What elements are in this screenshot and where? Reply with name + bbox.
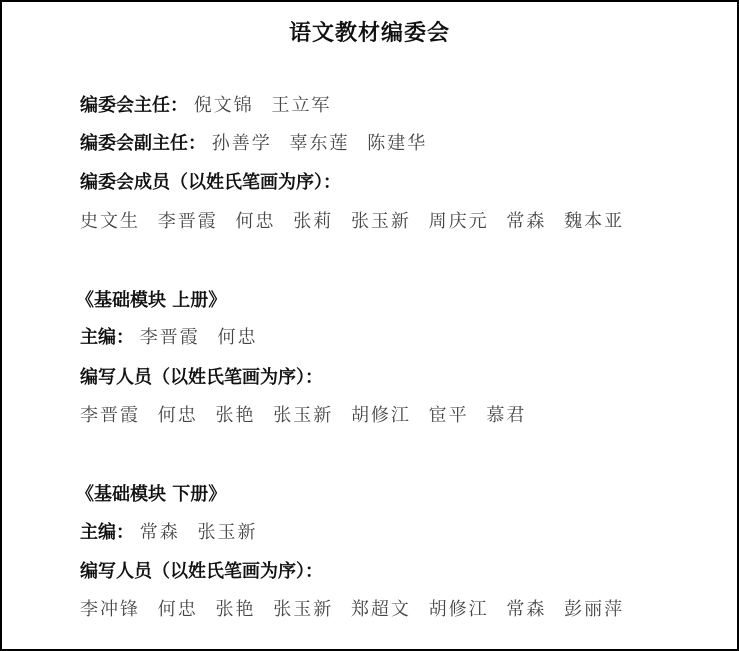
name: 辜东莲 xyxy=(289,133,349,154)
volume-2-title: 《基础模块 下册》 xyxy=(76,483,226,507)
name: 李冲锋 xyxy=(80,599,140,620)
volume-1-title: 《基础模块 上册》 xyxy=(76,289,226,313)
volume-2-chief-editor-row: 主编： 常森 张玉新 xyxy=(80,521,267,545)
name: 郑超文 xyxy=(351,599,411,620)
chief-editor-names: 常森 张玉新 xyxy=(140,522,268,543)
volume-1-writers-label: 编写人员（以姓氏笔画为序）： xyxy=(80,366,323,390)
name: 张玉新 xyxy=(351,211,411,232)
name: 胡修江 xyxy=(429,599,489,620)
name: 常森 xyxy=(506,211,546,232)
name: 常森 xyxy=(506,599,546,620)
name: 何忠 xyxy=(217,327,257,348)
name: 张玉新 xyxy=(273,599,333,620)
volume-1-chief-editor-row: 主编： 李晋霞 何忠 xyxy=(80,326,267,350)
name: 张艳 xyxy=(215,405,255,426)
chief-editor-label: 主编： xyxy=(80,327,134,348)
name: 慕君 xyxy=(486,405,526,426)
document-page: 语文教材编委会 编委会主任： 倪文锦 王立军 编委会副主任： 孙善学 辜东莲 陈… xyxy=(0,0,739,651)
name: 宦平 xyxy=(429,405,469,426)
name: 李晋霞 xyxy=(158,211,218,232)
volume-2-writers-label: 编写人员（以姓氏笔画为序）： xyxy=(80,560,323,584)
volume-1-writers-names: 李晋霞 何忠 张艳 张玉新 胡修江 宦平 慕君 xyxy=(80,404,536,428)
name: 李晋霞 xyxy=(140,327,200,348)
vice-director-label: 编委会副主任： xyxy=(80,133,206,154)
name: 周庆元 xyxy=(429,211,489,232)
name: 陈建华 xyxy=(367,133,427,154)
name: 何忠 xyxy=(158,599,198,620)
chief-editor-names: 李晋霞 何忠 xyxy=(140,327,268,348)
name: 张玉新 xyxy=(197,522,257,543)
chief-editor-label: 主编： xyxy=(80,522,134,543)
name: 李晋霞 xyxy=(80,405,140,426)
page-title: 语文教材编委会 xyxy=(2,16,737,47)
name: 孙善学 xyxy=(212,133,272,154)
name: 常森 xyxy=(140,522,180,543)
name: 王立军 xyxy=(271,95,331,116)
committee-vice-director-row: 编委会副主任： 孙善学 辜东莲 陈建华 xyxy=(80,132,437,156)
name: 何忠 xyxy=(235,211,275,232)
members-names: 史文生 李晋霞 何忠 张莉 张玉新 周庆元 常森 魏本亚 xyxy=(80,210,634,234)
members-label: 编委会成员（以姓氏笔画为序）： xyxy=(80,171,341,195)
name: 张莉 xyxy=(293,211,333,232)
director-names: 倪文锦 王立军 xyxy=(194,95,342,116)
name: 魏本亚 xyxy=(564,211,624,232)
name: 张艳 xyxy=(215,599,255,620)
name: 胡修江 xyxy=(351,405,411,426)
director-label: 编委会主任： xyxy=(80,95,188,116)
name: 彭丽萍 xyxy=(564,599,624,620)
committee-director-row: 编委会主任： 倪文锦 王立军 xyxy=(80,94,341,118)
name: 倪文锦 xyxy=(194,95,254,116)
volume-2-writers-names: 李冲锋 何忠 张艳 张玉新 郑超文 胡修江 常森 彭丽萍 xyxy=(80,598,634,622)
vice-director-names: 孙善学 辜东莲 陈建华 xyxy=(212,133,437,154)
name: 张玉新 xyxy=(273,405,333,426)
name: 何忠 xyxy=(158,405,198,426)
name: 史文生 xyxy=(80,211,140,232)
